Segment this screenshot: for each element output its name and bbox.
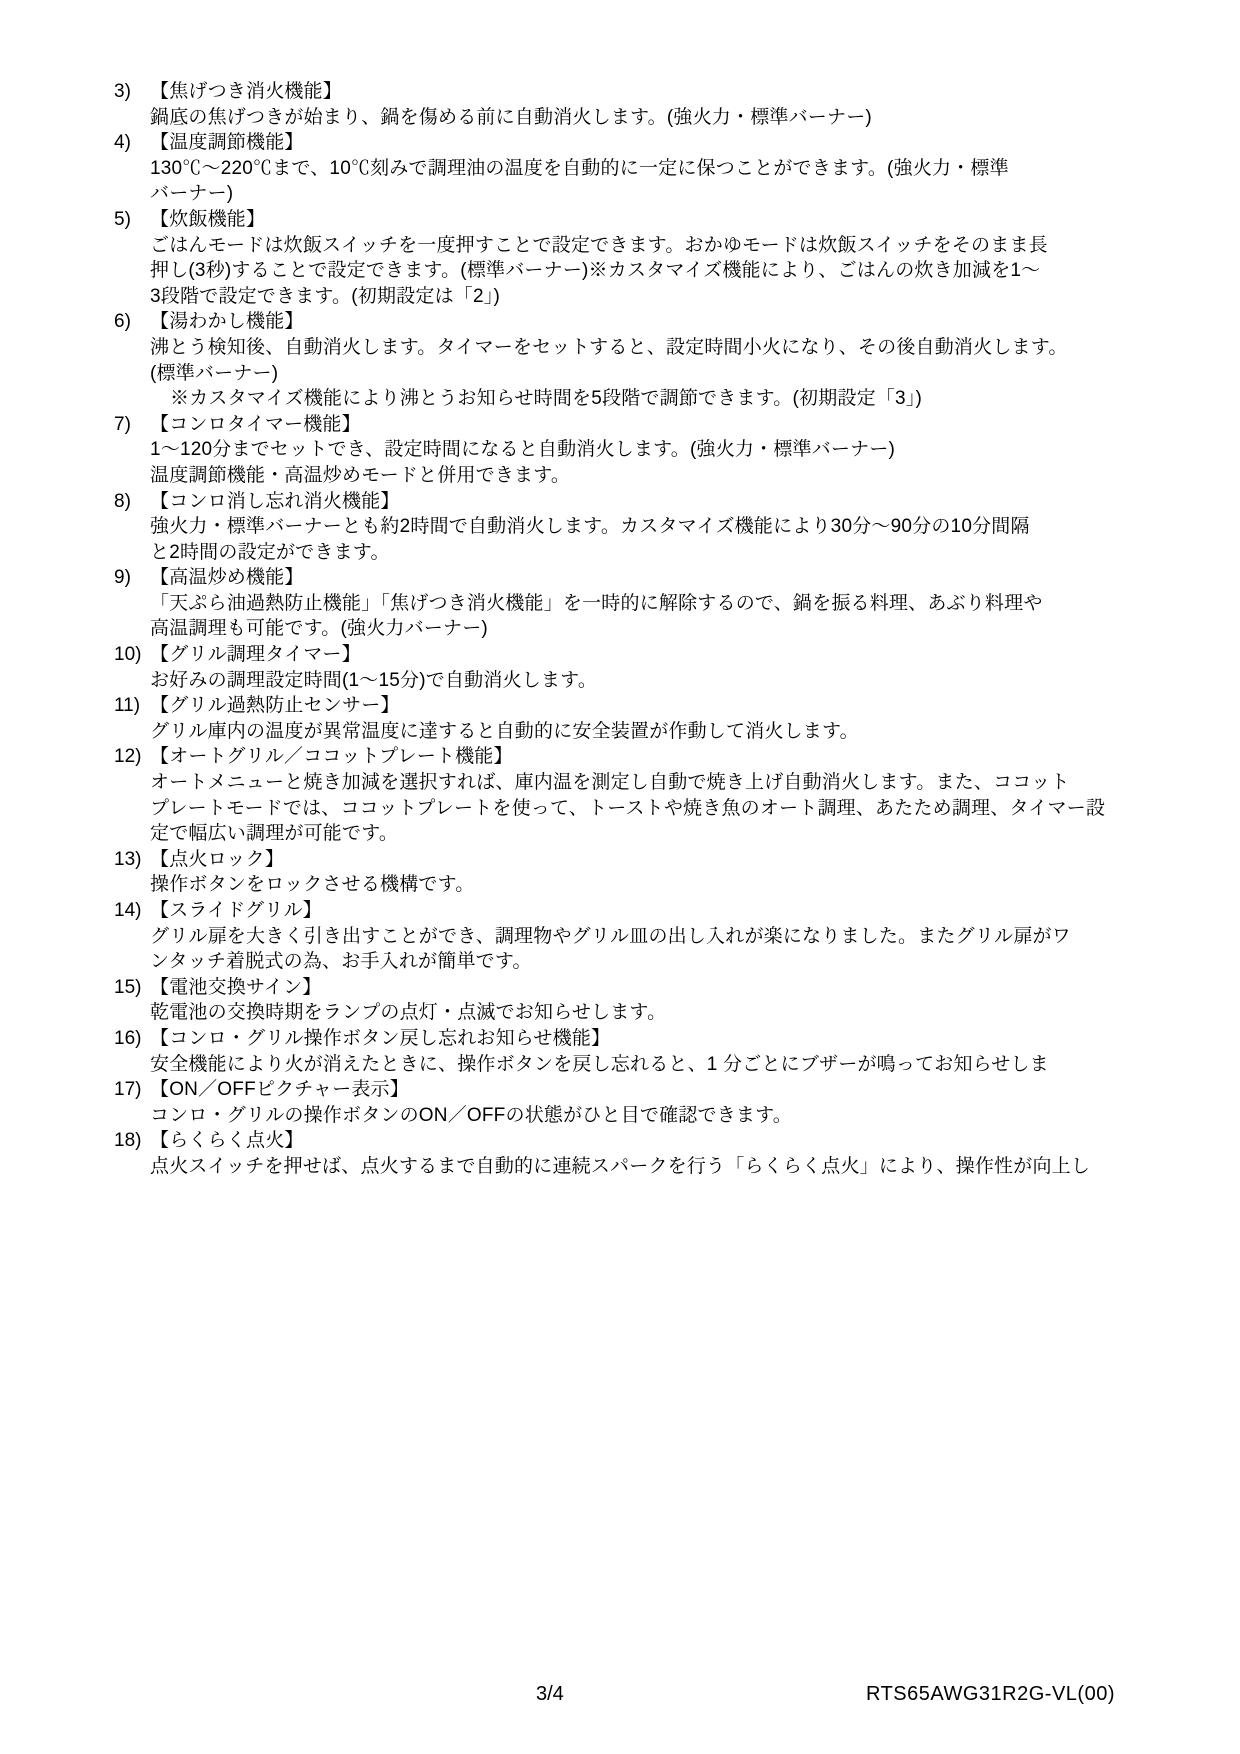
item-content: 【スライドグリル】グリル扉を大きく引き出すことができ、調理物やグリル皿の出し入れ…	[150, 898, 1240, 975]
feature-item: 12)【オートグリル／ココットプレート機能】オートメニューと焼き加減を選択すれば…	[0, 744, 1240, 846]
feature-item: 16)【コンロ・グリル操作ボタン戻し忘れお知らせ機能】安全機能により火が消えたと…	[0, 1026, 1240, 1077]
item-line: プレートモードでは、ココットプレートを使って、トーストや焼き魚のオート調理、あた…	[150, 796, 1240, 822]
item-line: グリル庫内の温度が異常温度に達すると自動的に安全装置が作動して消火します。	[150, 719, 1240, 745]
item-line: ごはんモードは炊飯スイッチを一度押すことで設定できます。おかゆモードは炊飯スイッ…	[150, 233, 1240, 259]
item-title: 【高温炒め機能】	[150, 565, 1240, 591]
feature-item: 4)【温度調節機能】130℃～220℃まで、10℃刻みで調理油の温度を自動的に一…	[0, 130, 1240, 207]
item-content: 【電池交換サイン】乾電池の交換時期をランプの点灯・点滅でお知らせします。	[150, 975, 1240, 1026]
item-title: 【ON／OFFピクチャー表示】	[150, 1077, 1240, 1103]
item-number: 13)	[0, 847, 150, 873]
item-line: 安全機能により火が消えたときに、操作ボタンを戻し忘れると、1 分ごとにブザーが鳴…	[150, 1052, 1240, 1078]
item-content: 【コンロタイマー機能】1～120分までセットでき、設定時間になると自動消火します…	[150, 412, 1240, 489]
item-content: 【オートグリル／ココットプレート機能】オートメニューと焼き加減を選択すれば、庫内…	[150, 744, 1240, 846]
item-content: 【点火ロック】操作ボタンをロックさせる機構です。	[150, 847, 1240, 898]
document-page: 3)【焦げつき消火機能】鍋底の焦げつきが始まり、鍋を傷める前に自動消火します。(…	[0, 0, 1240, 1754]
page-footer: 3/4 RTS65AWG31R2G-VL(00)	[0, 1682, 1240, 1712]
item-number: 10)	[0, 642, 150, 668]
item-line: 1～120分までセットでき、設定時間になると自動消火します。(強火力・標準バーナ…	[150, 437, 1240, 463]
item-line: お好みの調理設定時間(1～15分)で自動消火します。	[150, 668, 1240, 694]
item-title: 【コンロタイマー機能】	[150, 412, 1240, 438]
item-line: 沸とう検知後、自動消火します。タイマーをセットすると、設定時間小火になり、その後…	[150, 335, 1240, 361]
item-number: 12)	[0, 744, 150, 770]
feature-item: 7)【コンロタイマー機能】1～120分までセットでき、設定時間になると自動消火し…	[0, 412, 1240, 489]
item-line: 操作ボタンをロックさせる機構です。	[150, 872, 1240, 898]
feature-item: 18)【らくらく点火】点火スイッチを押せば、点火するまで自動的に連続スパークを行…	[0, 1128, 1240, 1179]
item-line: (標準バーナー)	[150, 361, 1240, 387]
item-title: 【炊飯機能】	[150, 207, 1240, 233]
feature-item: 9)【高温炒め機能】「天ぷら油過熱防止機能」「焦げつき消火機能」を一時的に解除す…	[0, 565, 1240, 642]
item-content: 【グリル調理タイマー】お好みの調理設定時間(1～15分)で自動消火します。	[150, 642, 1240, 693]
item-number: 17)	[0, 1077, 150, 1103]
item-line: バーナー)	[150, 181, 1240, 207]
item-line: オートメニューと焼き加減を選択すれば、庫内温を測定し自動で焼き上げ自動消火します…	[150, 770, 1240, 796]
feature-item: 14)【スライドグリル】グリル扉を大きく引き出すことができ、調理物やグリル皿の出…	[0, 898, 1240, 975]
feature-item: 15)【電池交換サイン】乾電池の交換時期をランプの点灯・点滅でお知らせします。	[0, 975, 1240, 1026]
item-line: 3段階で設定できます。(初期設定は「2」)	[150, 284, 1240, 310]
feature-item: 13)【点火ロック】操作ボタンをロックさせる機構です。	[0, 847, 1240, 898]
item-title: 【オートグリル／ココットプレート機能】	[150, 744, 1240, 770]
item-content: 【らくらく点火】点火スイッチを押せば、点火するまで自動的に連続スパークを行う「ら…	[150, 1128, 1240, 1179]
item-number: 11)	[0, 693, 150, 719]
item-line: 点火スイッチを押せば、点火するまで自動的に連続スパークを行う「らくらく点火」によ…	[150, 1154, 1240, 1180]
item-number: 14)	[0, 898, 150, 924]
item-title: 【焦げつき消火機能】	[150, 79, 1240, 105]
item-content: 【グリル過熱防止センサー】グリル庫内の温度が異常温度に達すると自動的に安全装置が…	[150, 693, 1240, 744]
item-line: 鍋底の焦げつきが始まり、鍋を傷める前に自動消火します。(強火力・標準バーナー)	[150, 105, 1240, 131]
item-content: 【コンロ・グリル操作ボタン戻し忘れお知らせ機能】安全機能により火が消えたときに、…	[150, 1026, 1240, 1077]
feature-list: 3)【焦げつき消火機能】鍋底の焦げつきが始まり、鍋を傷める前に自動消火します。(…	[0, 79, 1240, 1180]
item-content: 【高温炒め機能】「天ぷら油過熱防止機能」「焦げつき消火機能」を一時的に解除するの…	[150, 565, 1240, 642]
item-title: 【らくらく点火】	[150, 1128, 1240, 1154]
item-line: 強火力・標準バーナーとも約2時間で自動消火します。カスタマイズ機能により30分～…	[150, 514, 1240, 540]
page-number: 3/4	[536, 1682, 564, 1706]
feature-item: 17)【ON／OFFピクチャー表示】コンロ・グリルの操作ボタンのON／OFFの状…	[0, 1077, 1240, 1128]
item-number: 3)	[0, 79, 150, 105]
item-line: ※カスタマイズ機能により沸とうお知らせ時間を5段階で調節できます。(初期設定「3…	[150, 386, 1240, 412]
item-number: 7)	[0, 412, 150, 438]
item-line: 「天ぷら油過熱防止機能」「焦げつき消火機能」を一時的に解除するので、鍋を振る料理…	[150, 591, 1240, 617]
item-title: 【スライドグリル】	[150, 898, 1240, 924]
item-number: 15)	[0, 975, 150, 1001]
item-line: 乾電池の交換時期をランプの点灯・点滅でお知らせします。	[150, 1000, 1240, 1026]
feature-item: 11)【グリル過熱防止センサー】グリル庫内の温度が異常温度に達すると自動的に安全…	[0, 693, 1240, 744]
item-number: 6)	[0, 309, 150, 335]
item-line: と2時間の設定ができます。	[150, 540, 1240, 566]
feature-item: 3)【焦げつき消火機能】鍋底の焦げつきが始まり、鍋を傷める前に自動消火します。(…	[0, 79, 1240, 130]
item-title: 【温度調節機能】	[150, 130, 1240, 156]
item-content: 【温度調節機能】130℃～220℃まで、10℃刻みで調理油の温度を自動的に一定に…	[150, 130, 1240, 207]
item-title: 【グリル過熱防止センサー】	[150, 693, 1240, 719]
feature-item: 5)【炊飯機能】ごはんモードは炊飯スイッチを一度押すことで設定できます。おかゆモ…	[0, 207, 1240, 309]
feature-item: 8)【コンロ消し忘れ消火機能】強火力・標準バーナーとも約2時間で自動消火します。…	[0, 489, 1240, 566]
item-content: 【湯わかし機能】沸とう検知後、自動消火します。タイマーをセットすると、設定時間小…	[150, 309, 1240, 411]
item-title: 【グリル調理タイマー】	[150, 642, 1240, 668]
item-title: 【コンロ・グリル操作ボタン戻し忘れお知らせ機能】	[150, 1026, 1240, 1052]
item-line: 高温調理も可能です。(強火力バーナー)	[150, 616, 1240, 642]
item-number: 8)	[0, 489, 150, 515]
item-line: 130℃～220℃まで、10℃刻みで調理油の温度を自動的に一定に保つことができま…	[150, 156, 1240, 182]
item-number: 18)	[0, 1128, 150, 1154]
item-title: 【点火ロック】	[150, 847, 1240, 873]
item-number: 16)	[0, 1026, 150, 1052]
item-content: 【ON／OFFピクチャー表示】コンロ・グリルの操作ボタンのON／OFFの状態がひ…	[150, 1077, 1240, 1128]
feature-item: 10)【グリル調理タイマー】お好みの調理設定時間(1～15分)で自動消火します。	[0, 642, 1240, 693]
item-line: ンタッチ着脱式の為、お手入れが簡単です。	[150, 949, 1240, 975]
item-number: 4)	[0, 130, 150, 156]
doc-code: RTS65AWG31R2G-VL(00)	[866, 1682, 1115, 1706]
item-title: 【コンロ消し忘れ消火機能】	[150, 489, 1240, 515]
item-line: 押し(3秒)することで設定できます。(標準バーナー)※カスタマイズ機能により、ご…	[150, 258, 1240, 284]
item-title: 【湯わかし機能】	[150, 309, 1240, 335]
item-line: 温度調節機能・高温炒めモードと併用できます。	[150, 463, 1240, 489]
feature-item: 6)【湯わかし機能】沸とう検知後、自動消火します。タイマーをセットすると、設定時…	[0, 309, 1240, 411]
item-line: コンロ・グリルの操作ボタンのON／OFFの状態がひと目で確認できます。	[150, 1103, 1240, 1129]
item-content: 【焦げつき消火機能】鍋底の焦げつきが始まり、鍋を傷める前に自動消火します。(強火…	[150, 79, 1240, 130]
item-title: 【電池交換サイン】	[150, 975, 1240, 1001]
item-number: 9)	[0, 565, 150, 591]
item-number: 5)	[0, 207, 150, 233]
item-line: グリル扉を大きく引き出すことができ、調理物やグリル皿の出し入れが楽になりました。…	[150, 924, 1240, 950]
item-line: 定で幅広い調理が可能です。	[150, 821, 1240, 847]
item-content: 【コンロ消し忘れ消火機能】強火力・標準バーナーとも約2時間で自動消火します。カス…	[150, 489, 1240, 566]
item-content: 【炊飯機能】ごはんモードは炊飯スイッチを一度押すことで設定できます。おかゆモード…	[150, 207, 1240, 309]
